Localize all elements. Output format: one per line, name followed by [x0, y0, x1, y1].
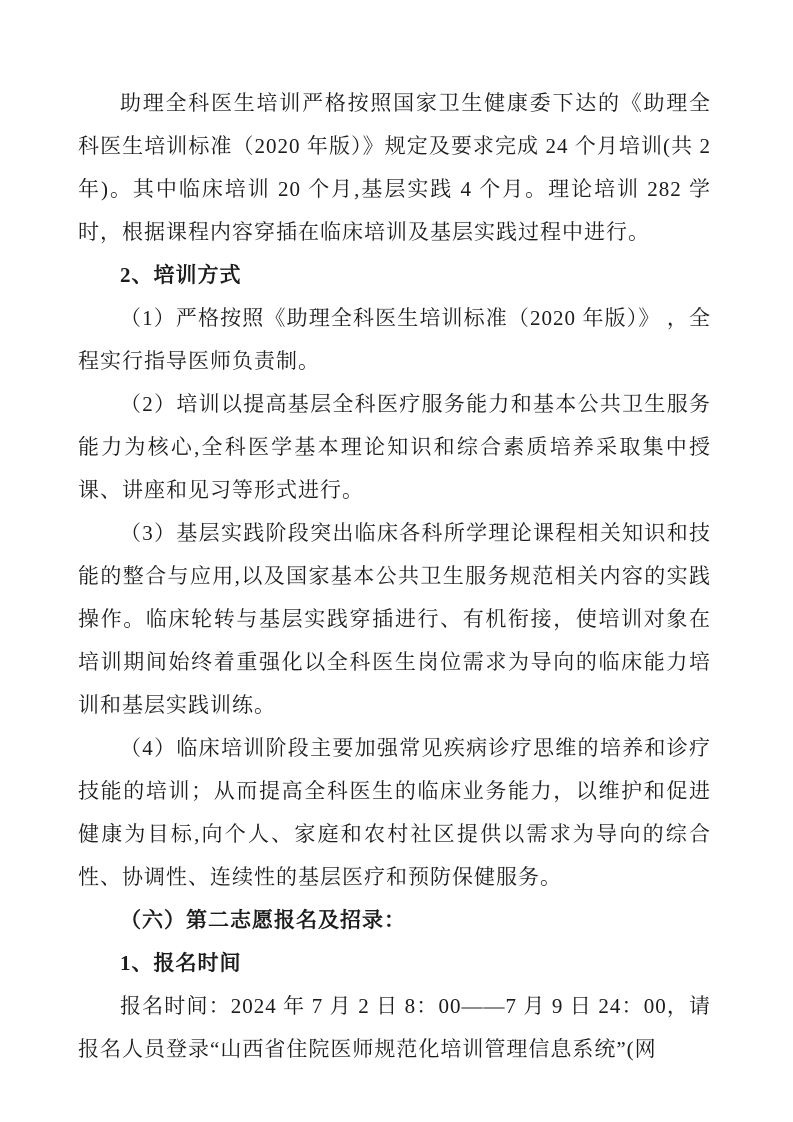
heading-registration-time: 1、报名时间: [78, 942, 711, 985]
para-training-duration: 助理全科医生培训严格按照国家卫生健康委下达的《助理全科医生培训标准（2020 年…: [78, 82, 711, 254]
document-content: 助理全科医生培训严格按照国家卫生健康委下达的《助理全科医生培训标准（2020 年…: [0, 0, 793, 1071]
document-page: 助理全科医生培训严格按照国家卫生健康委下达的《助理全科医生培训标准（2020 年…: [0, 0, 793, 1122]
para-registration-time-detail: 报名时间：2024 年 7 月 2 日 8：00——7 月 9 日 24：00，…: [78, 985, 711, 1071]
para-training-method-item-2: （2）培训以提高基层全科医疗服务能力和基本公共卫生服务能力为核心,全科医学基本理…: [78, 383, 711, 512]
para-training-method-item-3: （3）基层实践阶段突出临床各科所学理论课程相关知识和技能的整合与应用,以及国家基…: [78, 512, 711, 727]
para-training-method-item-4: （4）临床培训阶段主要加强常见疾病诊疗思维的培养和诊疗技能的培训；从而提高全科医…: [78, 727, 711, 899]
heading-second-choice-registration: （六）第二志愿报名及招录：: [78, 899, 711, 942]
heading-training-method: 2、培训方式: [78, 254, 711, 297]
para-training-method-item-1: （1）严格按照《助理全科医生培训标准（2020 年版）》 ，全程实行指导医师负责…: [78, 297, 711, 383]
